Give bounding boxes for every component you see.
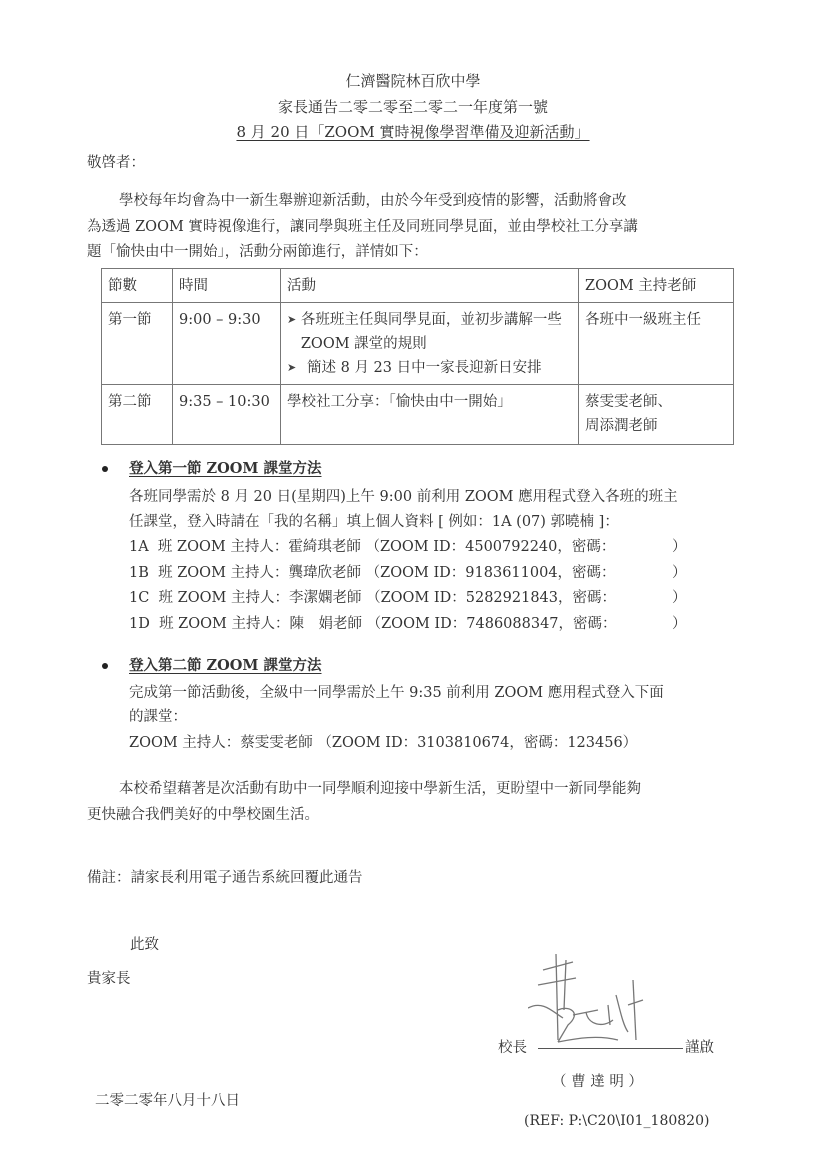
class-host-1b: 1B 班 ZOOM 主持人：龔瑋欣老師 （ZOOM ID：9183611004，… — [129, 561, 616, 582]
closing-line-1: 本校希望藉著是次活動有助中一同學順利迎接中學新生活，更盼望中一新同學能夠 — [119, 777, 641, 798]
section1-line-2: 任課堂，登入時請在「我的名稱」填上個人資料 [ 例如：1A (07) 郭曉楠 ]… — [129, 510, 619, 531]
arrow-bullet-icon: ➤ — [287, 356, 307, 380]
class-host-1c: 1C 班 ZOOM 主持人：李潔嫻老師 （ZOOM ID：5282921843，… — [129, 586, 616, 607]
teacher-name: 霍綺琪老師 — [288, 539, 361, 555]
zoom-id: （ZOOM ID：7486088347，密碼： — [367, 616, 617, 632]
activity-text: 各班班主任與同學見面，並初步講解一些 ZOOM 課堂的規則 — [301, 308, 572, 356]
header-session: 節數 — [102, 269, 173, 303]
class-label: 班 ZOOM 主持人： — [159, 590, 289, 606]
teacher-name: 李潔嫻老師 — [289, 590, 362, 606]
salutation: 敬啓者： — [87, 151, 145, 172]
cell-time: 9:00 – 9:30 — [173, 303, 281, 385]
header-host: ZOOM 主持老師 — [579, 269, 734, 303]
activity-text: 簡述 8 月 23 日中一家長迎新日安排 — [307, 356, 542, 380]
table-header-row: 節數 時間 活動 ZOOM 主持老師 — [102, 269, 734, 303]
header-time: 時間 — [173, 269, 281, 303]
section2-line-1: 完成第一節活動後，全級中一同學需於上午 9:35 前利用 ZOOM 應用程式登入… — [129, 681, 664, 702]
cell-time: 9:35 – 10:30 — [173, 385, 281, 445]
notice-subject-text: 8 月 20 日「ZOOM 實時視像學習準備及迎新活動」 — [236, 123, 589, 141]
signature-line — [538, 1048, 683, 1049]
reference: (REF: P:\C20\I01_180820) — [524, 1113, 709, 1129]
teacher-name: 龔瑋欣老師 — [289, 565, 362, 581]
principal-label: 校長 — [498, 1036, 527, 1057]
zoom-id: （ZOOM ID：9183611004，密碼： — [366, 565, 616, 581]
schedule-table: 節數 時間 活動 ZOOM 主持老師 第一節 9:00 – 9:30 ➤ 各班班… — [101, 268, 734, 445]
class-label: 班 ZOOM 主持人： — [158, 565, 288, 581]
cell-session: 第一節 — [102, 303, 173, 385]
cell-session: 第二節 — [102, 385, 173, 445]
section1-line-1: 各班同學需於 8 月 20 日(星期四)上午 9:00 前利用 ZOOM 應用程… — [129, 485, 678, 506]
signature-icon — [528, 950, 678, 1050]
class-code: 1B — [129, 565, 149, 581]
close-paren: ） — [672, 586, 687, 607]
school-name: 仁濟醫院林百欣中學 — [0, 70, 826, 91]
arrow-bullet-icon: ➤ — [287, 308, 301, 356]
closing-line-2: 更快融合我們美好的中學校園生活。 — [87, 803, 319, 824]
cell-host: 各班中一級班主任 — [579, 303, 734, 385]
close-paren: ） — [672, 612, 687, 633]
cell-activity: 學校社工分享：「愉快由中一開始」 — [281, 385, 579, 445]
notice-date: 二零二零年八月十八日 — [95, 1089, 240, 1110]
activity-item: ➤ 簡述 8 月 23 日中一家長迎新日安排 — [287, 356, 572, 380]
cell-activity: ➤ 各班班主任與同學見面，並初步講解一些 ZOOM 課堂的規則 ➤ 簡述 8 月… — [281, 303, 579, 385]
class-code: 1A — [129, 539, 149, 555]
bullet-icon — [102, 466, 108, 472]
class-code: 1D — [129, 616, 150, 632]
class-code: 1C — [129, 590, 149, 606]
teacher-name: 陳 娟老師 — [290, 616, 363, 632]
remark: 備註：請家長利用電子通告系統回覆此通告 — [87, 866, 363, 887]
section2-line-2: 的課堂： — [129, 705, 187, 726]
principal-name: （ 曹 達 明 ） — [552, 1070, 643, 1091]
intro-line-3: 題「愉快由中一開始」，活動分兩節進行，詳情如下： — [87, 240, 428, 261]
header-activity: 活動 — [281, 269, 579, 303]
zoom-id: （ZOOM ID：5282921843，密碼： — [366, 590, 616, 606]
bullet-icon — [102, 663, 108, 669]
intro-line-2: 為透過 ZOOM 實時視像進行，讓同學與班主任及同班同學見面，並由學校社工分享講 — [87, 215, 638, 236]
table-row: 第一節 9:00 – 9:30 ➤ 各班班主任與同學見面，並初步講解一些 ZOO… — [102, 303, 734, 385]
cell-host: 蔡雯雯老師、 周添潤老師 — [579, 385, 734, 445]
close-paren: ） — [672, 561, 687, 582]
class-label: 班 ZOOM 主持人： — [159, 616, 289, 632]
class-host-1a: 1A 班 ZOOM 主持人：霍綺琪老師 （ZOOM ID：4500792240，… — [129, 535, 615, 556]
ci-zhi: 此致 — [130, 933, 159, 954]
zoom-id: （ZOOM ID：4500792240，密碼： — [365, 539, 615, 555]
section2-host: ZOOM 主持人：蔡雯雯老師 （ZOOM ID：3103810674，密碼：12… — [129, 731, 637, 752]
class-label: 班 ZOOM 主持人： — [158, 539, 288, 555]
host-line: 周添潤老師 — [585, 414, 727, 438]
respectfully: 謹啟 — [685, 1036, 714, 1057]
recipient: 貴家長 — [87, 967, 131, 988]
intro-line-1: 學校每年均會為中一新生舉辦迎新活動，由於今年受到疫情的影響，活動將會改 — [119, 189, 627, 210]
notice-number: 家長通告二零二零至二零二一年度第一號 — [0, 96, 826, 117]
table-row: 第二節 9:35 – 10:30 學校社工分享：「愉快由中一開始」 蔡雯雯老師、… — [102, 385, 734, 445]
activity-item: ➤ 各班班主任與同學見面，並初步講解一些 ZOOM 課堂的規則 — [287, 308, 572, 356]
class-host-1d: 1D 班 ZOOM 主持人：陳 娟老師 （ZOOM ID：7486088347，… — [129, 612, 617, 633]
close-paren: ） — [672, 535, 687, 556]
section2-heading: 登入第二節 ZOOM 課堂方法 — [129, 654, 322, 675]
host-line: 蔡雯雯老師、 — [585, 390, 727, 414]
section1-heading: 登入第一節 ZOOM 課堂方法 — [129, 457, 322, 478]
notice-subject: 8 月 20 日「ZOOM 實時視像學習準備及迎新活動」 — [0, 121, 826, 142]
